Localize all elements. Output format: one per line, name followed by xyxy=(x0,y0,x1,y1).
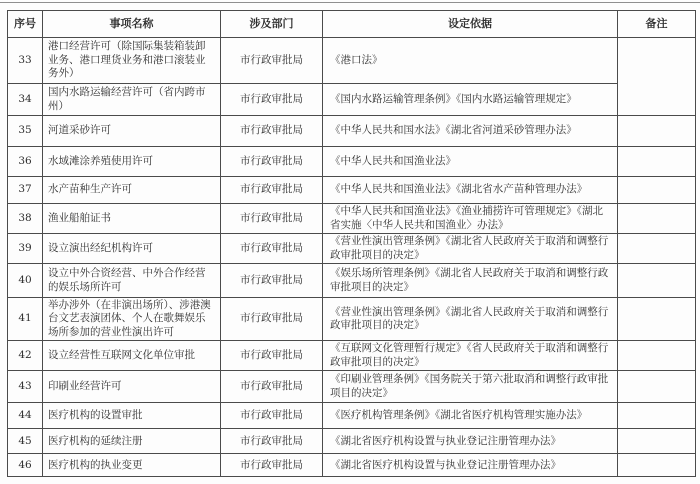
basis-cell: 《娱乐场所管理条例》《湖北省人民政府关于取消和调整行政审批项目的决定》 xyxy=(323,264,618,298)
item-name-cell: 设立经营性互联网文化单位审批 xyxy=(43,341,221,371)
row-number-cell: 41 xyxy=(8,298,43,341)
row-number-cell: 39 xyxy=(8,234,43,264)
department-cell: 市行政审批局 xyxy=(221,403,323,429)
header-row: 序号 事项名称 涉及部门 设定依据 备注 xyxy=(8,11,696,38)
basis-cell: 《湖北省医疗机构设置与执业登记注册管理办法》 xyxy=(323,454,618,477)
col-header-remark: 备注 xyxy=(618,11,696,38)
department-cell: 市行政审批局 xyxy=(221,147,323,177)
department-cell: 市行政审批局 xyxy=(221,84,323,116)
remark-cell xyxy=(618,147,696,177)
approval-items-table: 序号 事项名称 涉及部门 设定依据 备注 33港口经营许可（除国际集装箱装卸业务… xyxy=(7,10,696,477)
table-row: 42设立经营性互联网文化单位审批市行政审批局《互联网文化管理暂行规定》《省人民政… xyxy=(8,341,696,371)
page-top-rule xyxy=(0,2,700,3)
item-name-cell: 医疗机构的执业变更 xyxy=(43,454,221,477)
department-cell: 市行政审批局 xyxy=(221,454,323,477)
department-cell: 市行政审批局 xyxy=(221,264,323,298)
remark-cell xyxy=(618,204,696,234)
basis-cell: 《营业性演出管理条例》《湖北省人民政府关于取消和调整行政审批项目的决定》 xyxy=(323,298,618,341)
item-name-cell: 水域滩涂养殖使用许可 xyxy=(43,147,221,177)
table-row: 37水产苗种生产许可市行政审批局《中华人民共和国渔业法》《湖北省水产苗种管理办法… xyxy=(8,177,696,204)
department-cell: 市行政审批局 xyxy=(221,38,323,84)
basis-cell: 《湖北省医疗机构设置与执业登记注册管理办法》 xyxy=(323,429,618,454)
table-row: 43印刷业经营许可市行政审批局《印刷业管理条例》《国务院关于第六批取消和调整行政… xyxy=(8,371,696,403)
basis-cell: 《中华人民共和国渔业法》《湖北省水产苗种管理办法》 xyxy=(323,177,618,204)
remark-cell xyxy=(618,264,696,298)
basis-cell: 《营业性演出管理条例》《湖北省人民政府关于取消和调整行政审批项目的决定》 xyxy=(323,234,618,264)
item-name-cell: 医疗机构的延续注册 xyxy=(43,429,221,454)
row-number-cell: 33 xyxy=(8,38,43,84)
item-name-cell: 国内水路运输经营许可（省内跨市州） xyxy=(43,84,221,116)
item-name-cell: 渔业船舶证书 xyxy=(43,204,221,234)
department-cell: 市行政审批局 xyxy=(221,341,323,371)
table-row: 41举办涉外（在非演出场所）、涉港澳台文艺表演团体、个人在歌舞娱乐场所参加的营业… xyxy=(8,298,696,341)
table-row: 46医疗机构的执业变更市行政审批局《湖北省医疗机构设置与执业登记注册管理办法》 xyxy=(8,454,696,477)
item-name-cell: 港口经营许可（除国际集装箱装卸业务、港口理货业务和港口滚装业务外） xyxy=(43,38,221,84)
table-row: 38渔业船舶证书市行政审批局《中华人民共和国渔业法》《渔业捕捞许可管理规定》《湖… xyxy=(8,204,696,234)
table-body: 33港口经营许可（除国际集装箱装卸业务、港口理货业务和港口滚装业务外）市行政审批… xyxy=(8,38,696,477)
item-name-cell: 水产苗种生产许可 xyxy=(43,177,221,204)
item-name-cell: 设立演出经纪机构许可 xyxy=(43,234,221,264)
row-number-cell: 42 xyxy=(8,341,43,371)
row-number-cell: 37 xyxy=(8,177,43,204)
department-cell: 市行政审批局 xyxy=(221,204,323,234)
remark-cell xyxy=(618,341,696,371)
basis-cell: 《互联网文化管理暂行规定》《省人民政府关于取消和调整行政审批项目的决定》 xyxy=(323,341,618,371)
col-header-name: 事项名称 xyxy=(43,11,221,38)
remark-cell xyxy=(618,38,696,116)
table-row: 40设立中外合资经营、中外合作经营的娱乐场所许可市行政审批局《娱乐场所管理条例》… xyxy=(8,264,696,298)
row-number-cell: 45 xyxy=(8,429,43,454)
remark-cell xyxy=(618,116,696,147)
department-cell: 市行政审批局 xyxy=(221,429,323,454)
department-cell: 市行政审批局 xyxy=(221,234,323,264)
row-number-cell: 36 xyxy=(8,147,43,177)
row-number-cell: 40 xyxy=(8,264,43,298)
table-header: 序号 事项名称 涉及部门 设定依据 备注 xyxy=(8,11,696,38)
item-name-cell: 印刷业经营许可 xyxy=(43,371,221,403)
row-number-cell: 34 xyxy=(8,84,43,116)
col-header-basis: 设定依据 xyxy=(323,11,618,38)
col-header-no: 序号 xyxy=(8,11,43,38)
remark-cell xyxy=(618,403,696,429)
remark-cell xyxy=(618,371,696,403)
item-name-cell: 河道采砂许可 xyxy=(43,116,221,147)
basis-cell: 《中华人民共和国渔业法》《渔业捕捞许可管理规定》《湖北省实施〈中华人民共和国渔业… xyxy=(323,204,618,234)
basis-cell: 《港口法》 xyxy=(323,38,618,84)
row-number-cell: 35 xyxy=(8,116,43,147)
table-row: 35河道采砂许可市行政审批局《中华人民共和国水法》《湖北省河道采砂管理办法》 xyxy=(8,116,696,147)
row-number-cell: 38 xyxy=(8,204,43,234)
department-cell: 市行政审批局 xyxy=(221,177,323,204)
table-row: 33港口经营许可（除国际集装箱装卸业务、港口理货业务和港口滚装业务外）市行政审批… xyxy=(8,38,696,84)
item-name-cell: 举办涉外（在非演出场所）、涉港澳台文艺表演团体、个人在歌舞娱乐场所参加的营业性演… xyxy=(43,298,221,341)
department-cell: 市行政审批局 xyxy=(221,371,323,403)
table-row: 39设立演出经纪机构许可市行政审批局《营业性演出管理条例》《湖北省人民政府关于取… xyxy=(8,234,696,264)
table-row: 36水域滩涂养殖使用许可市行政审批局《中华人民共和国渔业法》 xyxy=(8,147,696,177)
basis-cell: 《医疗机构管理条例》《湖北省医疗机构管理实施办法》 xyxy=(323,403,618,429)
basis-cell: 《中华人民共和国渔业法》 xyxy=(323,147,618,177)
basis-cell: 《印刷业管理条例》《国务院关于第六批取消和调整行政审批项目的决定》 xyxy=(323,371,618,403)
table-row: 44医疗机构的设置审批市行政审批局《医疗机构管理条例》《湖北省医疗机构管理实施办… xyxy=(8,403,696,429)
department-cell: 市行政审批局 xyxy=(221,298,323,341)
remark-cell xyxy=(618,298,696,341)
item-name-cell: 设立中外合资经营、中外合作经营的娱乐场所许可 xyxy=(43,264,221,298)
table-row: 34国内水路运输经营许可（省内跨市州）市行政审批局《国内水路运输管理条例》《国内… xyxy=(8,84,696,116)
basis-cell: 《中华人民共和国水法》《湖北省河道采砂管理办法》 xyxy=(323,116,618,147)
remark-cell xyxy=(618,177,696,204)
remark-cell xyxy=(618,429,696,454)
col-header-dept: 涉及部门 xyxy=(221,11,323,38)
basis-cell: 《国内水路运输管理条例》《国内水路运输管理规定》 xyxy=(323,84,618,116)
department-cell: 市行政审批局 xyxy=(221,116,323,147)
remark-cell xyxy=(618,454,696,477)
row-number-cell: 44 xyxy=(8,403,43,429)
document-page: { "theme": { "background": "#fdfdfd", "t… xyxy=(0,0,700,484)
table-row: 45医疗机构的延续注册市行政审批局《湖北省医疗机构设置与执业登记注册管理办法》 xyxy=(8,429,696,454)
remark-cell xyxy=(618,234,696,264)
row-number-cell: 46 xyxy=(8,454,43,477)
row-number-cell: 43 xyxy=(8,371,43,403)
item-name-cell: 医疗机构的设置审批 xyxy=(43,403,221,429)
